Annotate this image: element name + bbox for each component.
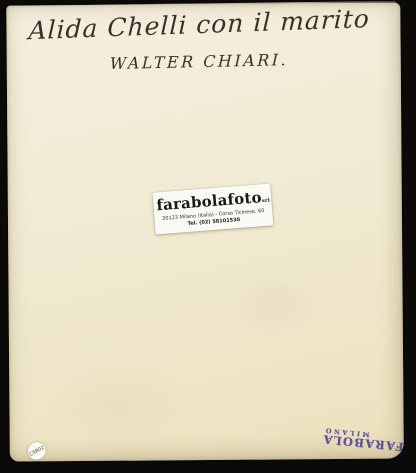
farabola-archive-stamp: FARABOLA MILANO	[322, 426, 404, 453]
archive-code-sticker: C9802	[25, 439, 49, 461]
agency-brand-suffix: srl	[262, 198, 270, 205]
scanned-photo-back: Alida Chelli con il marito WALTER CHIARI…	[0, 0, 416, 473]
archive-code-text: C9802	[28, 444, 45, 457]
photo-verso-paper: Alida Chelli con il marito WALTER CHIARI…	[6, 3, 404, 462]
handwritten-caption-line1: Alida Chelli con il marito	[28, 4, 369, 45]
handwritten-caption-line2: WALTER CHIARI.	[109, 50, 288, 73]
paper-stain	[228, 273, 318, 334]
agency-label-sticker: farabolafotosrl 20123 Milano (Italia) - …	[152, 183, 273, 234]
paper-stain	[49, 364, 190, 445]
